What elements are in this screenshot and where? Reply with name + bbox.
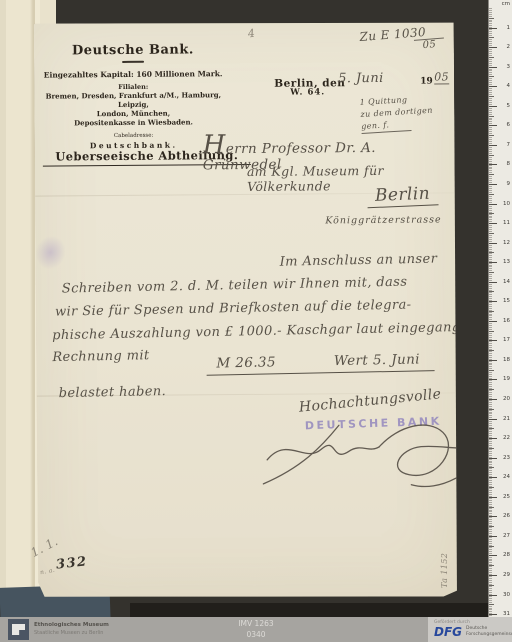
ruler-tick [489, 477, 497, 478]
ruler-tick [489, 96, 494, 97]
body-line: Rechnung mit [52, 348, 150, 365]
ruler-tick [489, 350, 494, 351]
body-line: phische Auszahlung von £ 1000.- Kaschgar… [52, 319, 492, 343]
postal-district: W. 64. [290, 87, 325, 97]
ruler-tick [489, 28, 497, 29]
ruler-tick [489, 262, 497, 263]
ruler-tick [489, 213, 494, 214]
ruler-tick [489, 155, 494, 156]
ruler-tick-label: 11 [503, 220, 510, 226]
ruler-tick-label: 18 [503, 357, 510, 363]
ruler-tick-label: 7 [507, 142, 511, 148]
ruler-tick [489, 223, 497, 224]
funding-panel: Gefördert durch DFG Deutsche Forschungsg… [428, 617, 512, 642]
ruler-tick-label: 22 [503, 435, 510, 441]
amount-row: M 26.35 Wert 5. Juni [206, 351, 434, 376]
ruler-unit-label: cm [502, 1, 510, 7]
ruler-tick [489, 37, 494, 38]
ruler-tick-label: 17 [503, 337, 510, 343]
ruler-tick [489, 282, 497, 283]
ruler-tick [489, 370, 494, 371]
ruler-tick-label: 9 [507, 181, 511, 187]
branches-line: Bremen, Dresden, Frankfurt a/M., Hamburg… [42, 90, 224, 109]
ruler-tick [489, 409, 494, 410]
ruler-tick-label: 14 [503, 279, 510, 285]
archive-reference-page: 0340 [160, 630, 352, 641]
margin-note: 1 Quittung zu dem dortigen gen. f. [359, 93, 434, 134]
ruler-tick-label: 12 [503, 240, 510, 246]
value-date: Wert 5. Juni [334, 351, 420, 369]
ruler-tick-label: 30 [503, 592, 510, 598]
ruler-tick [489, 516, 497, 517]
cable-address-label: Cabeladresse: [43, 132, 225, 139]
ruler-tick [489, 18, 494, 19]
album-page-corner [40, 0, 56, 26]
ruler-tick [489, 536, 497, 537]
ruler-tick [489, 595, 497, 596]
body-line: Im Anschluss an unser [279, 252, 437, 270]
ruler-tick [489, 389, 494, 390]
ruler-tick-label: 27 [503, 533, 510, 539]
ruler-tick [489, 438, 497, 439]
album-page-edge [0, 0, 40, 594]
ruler-tick [489, 145, 497, 146]
ruler-tick-label: 20 [503, 396, 510, 402]
ruler-tick-label: 26 [503, 513, 510, 519]
ornament-divider [122, 61, 144, 63]
ruler-tick [489, 555, 497, 556]
capital-line: Eingezahltes Kapital: 160 Millionen Mark… [42, 69, 224, 79]
ruler-tick-label: 8 [507, 161, 511, 167]
ruler-tick-label: 3 [507, 64, 511, 70]
archive-info-bar: Ethnologisches Museum Staatliche Museen … [0, 617, 512, 642]
ruler-tick [489, 565, 494, 566]
ruler-tick [489, 467, 494, 468]
ruler-tick-label: 1 [507, 25, 511, 31]
ruler-tick [489, 419, 497, 420]
ruler-tick [489, 614, 497, 615]
ruler-tick [489, 604, 494, 605]
funding-name-line: Forschungsgemeinschaft [466, 632, 512, 638]
ruler-tick [489, 174, 494, 175]
scanned-document-viewer: Deutsche Bank. Eingezahltes Kapital: 160… [0, 0, 512, 642]
ruler-tick [489, 243, 497, 244]
letter-page: Deutsche Bank. Eingezahltes Kapital: 160… [34, 20, 459, 599]
ruler-tick [489, 233, 494, 234]
ruler-tick [489, 76, 494, 77]
ruler-tick [489, 428, 494, 429]
ruler-tick [489, 331, 494, 332]
file-reference-bottom: 05 [414, 38, 445, 52]
ruler-tick-label: 4 [507, 83, 511, 89]
ruler-tick [489, 272, 494, 273]
bank-name: Deutsche Bank. [42, 42, 224, 58]
ruler-tick-label: 10 [503, 201, 510, 207]
body-line: belastet haben. [59, 384, 167, 401]
ruler-tick-label: 15 [503, 298, 510, 304]
ruler-tick [489, 497, 497, 498]
ruler-tick-label: 2 [507, 44, 511, 50]
ruler-tick [489, 252, 494, 253]
signature-flourish [261, 396, 497, 498]
measurement-ruler: cm 1234567891011121314151617181920212223… [488, 0, 512, 618]
ruler-tick-label: 13 [503, 259, 510, 265]
ruler-tick-label: 16 [503, 318, 510, 324]
ruler-tick [489, 57, 494, 58]
ruler-tick [489, 47, 497, 48]
ruler-tick [489, 204, 497, 205]
ruler-tick-label: 19 [503, 376, 510, 382]
ruler-tick [489, 585, 494, 586]
ruler-tick [489, 291, 494, 292]
ruler-tick [489, 164, 497, 165]
institution-name: Ethnologisches Museum [34, 622, 109, 628]
museum-logo-icon [8, 619, 29, 640]
handwritten-date: 5. Juni [338, 71, 384, 86]
vertical-reference-note: Ta 1152 [440, 553, 449, 588]
institution-subtitle: Staatliche Museen zu Berlin [34, 630, 103, 636]
ruler-tick-label: 5 [507, 103, 511, 109]
ruler-tick-label: 21 [503, 416, 510, 422]
ruler-tick [489, 135, 494, 136]
amount-value: M 26.35 [216, 354, 276, 371]
ruler-tick [489, 184, 497, 185]
ink-smudge [31, 231, 71, 273]
ruler-tick-label: 23 [503, 455, 510, 461]
archive-reference: IMV 1263 0340 [160, 619, 352, 640]
dfg-logo: DFG [434, 625, 462, 639]
ruler-tick [489, 399, 497, 400]
ruler-tick [489, 301, 497, 302]
body-line: wir Sie für Spesen und Briefkosten auf d… [55, 298, 412, 320]
ruler-tick-label: 29 [503, 572, 510, 578]
ruler-tick-label: 25 [503, 494, 510, 500]
archive-reference-id: IMV 1263 [160, 619, 352, 630]
letterhead-block: Deutsche Bank. Eingezahltes Kapital: 160… [42, 42, 225, 150]
ruler-tick [489, 67, 497, 68]
ruler-tick-label: 24 [503, 474, 510, 480]
ruler-tick [489, 458, 497, 459]
ruler-tick [489, 311, 494, 312]
ruler-tick [489, 125, 497, 126]
ruler-tick [489, 487, 494, 488]
ruler-tick [489, 575, 497, 576]
funding-name: Deutsche Forschungsgemeinschaft [466, 626, 512, 638]
ruler-tick [489, 194, 494, 195]
body-line: Schreiben vom 2. d. M. teilen wir Ihnen … [62, 275, 408, 297]
branches-line: Depositenkasse in Wiesbaden. [42, 117, 224, 127]
ruler-tick-label: 6 [507, 122, 511, 128]
ruler-tick-label: 28 [503, 552, 510, 558]
handwritten-year: 05 [434, 70, 449, 84]
pencil-page-number: 4 [247, 26, 256, 40]
ruler-tick [489, 546, 494, 547]
museum-glyph-icon [12, 624, 25, 635]
file-reference: Zu E 1030 05 [359, 24, 445, 56]
ruler-tick [489, 321, 497, 322]
ruler-tick [489, 106, 497, 107]
recipient-street: Königgrätzerstrasse [325, 214, 441, 226]
ruler-tick [489, 340, 497, 341]
year-printed: 19 [420, 77, 433, 87]
ruler-tick [489, 379, 497, 380]
ruler-tick [489, 116, 494, 117]
margin-note-line: gen. f. [361, 118, 412, 134]
ruler-tick [489, 360, 497, 361]
ruler-tick [489, 86, 497, 87]
ruler-tick [489, 448, 494, 449]
scan-shadow [130, 603, 512, 618]
ruler-tick [489, 507, 494, 508]
ruler-tick [489, 526, 494, 527]
recipient-city: Berlin [367, 183, 439, 208]
